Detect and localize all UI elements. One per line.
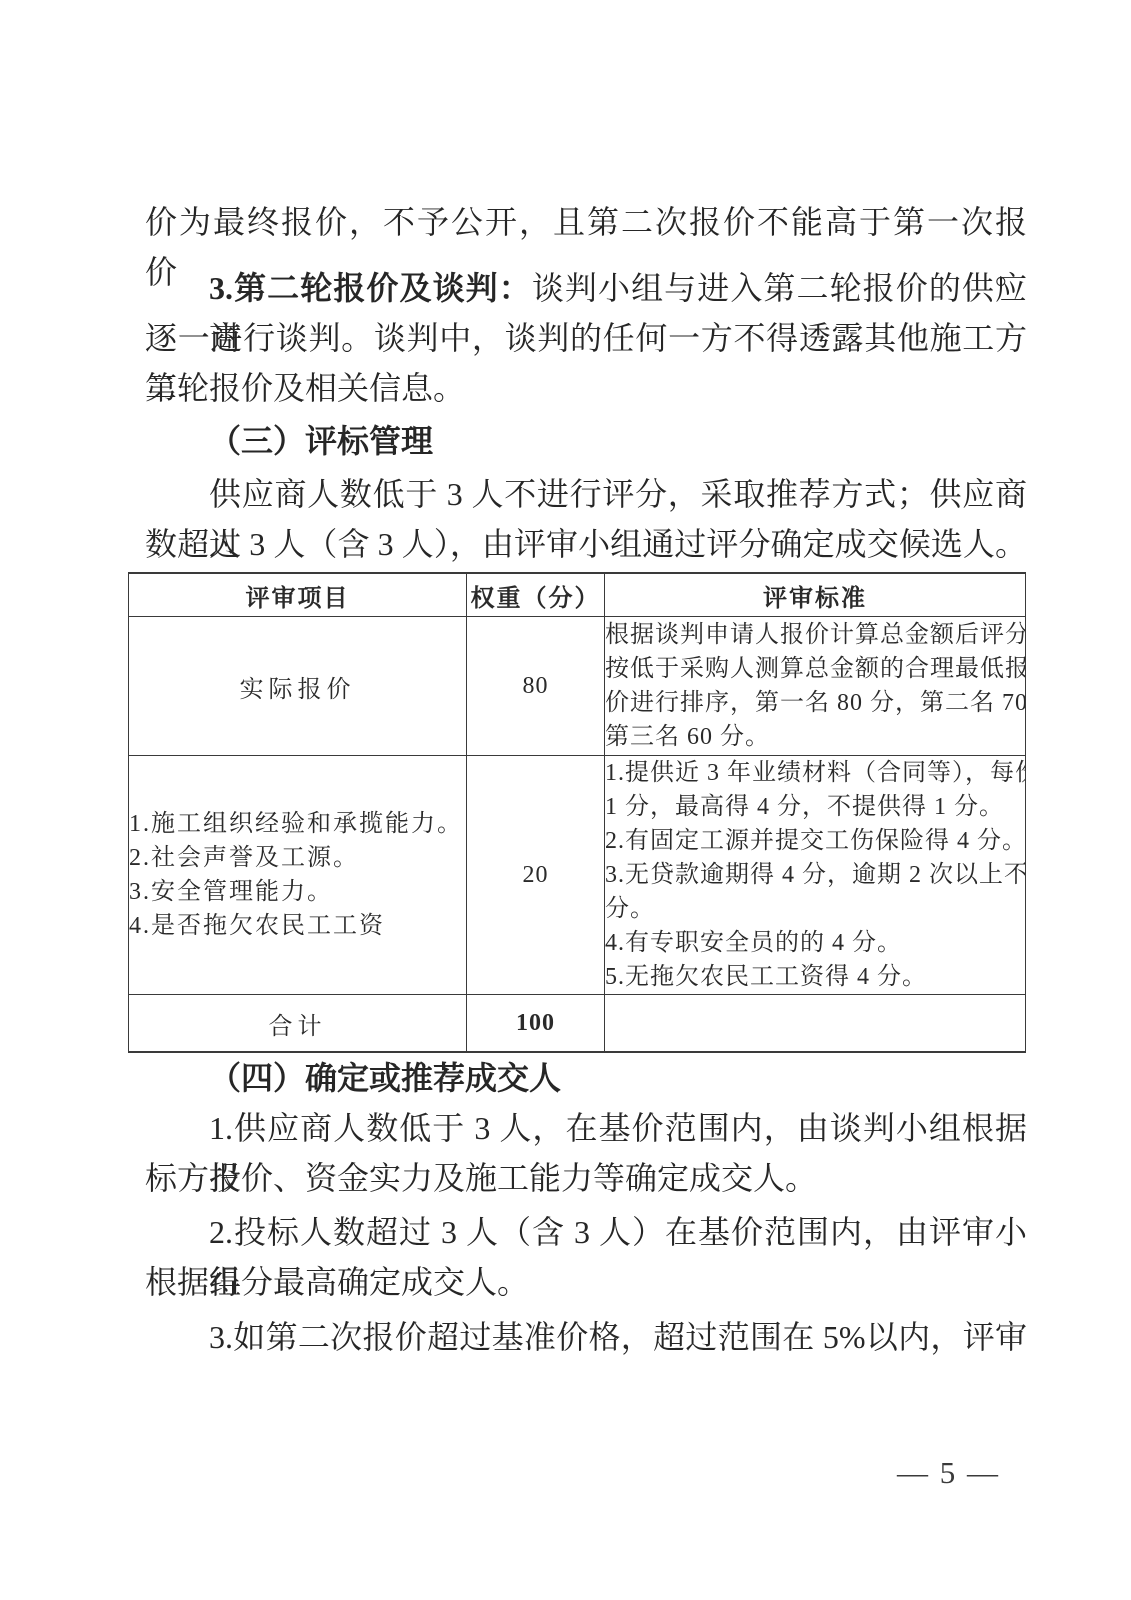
body-line: 二轮报价及相关信息。 bbox=[145, 363, 1027, 413]
table-header-row: 评审项目 权重（分） 评审标准 bbox=[129, 573, 1026, 617]
table-cell-weight: 100 bbox=[467, 995, 605, 1053]
body-line: 标方报价、资金实力及施工能力等确定成交人。 bbox=[145, 1153, 1027, 1203]
document-page: 价为最终报价，不予公开，且第二次报价不能高于第一次报价。 3.第二轮报价及谈判：… bbox=[0, 0, 1131, 1600]
paragraph-bold-lead: 3.第二轮报价及谈判： bbox=[209, 270, 532, 306]
body-line: 价为最终报价，不予公开，且第二次报价不能高于第一次报价。 bbox=[145, 197, 1027, 247]
table-row: 实际报价 80 根据谈判申请人报价计算总金额后评分。 按低于采购人测算总金额的合… bbox=[129, 617, 1026, 756]
body-line: 根据得分最高确定成交人。 bbox=[145, 1257, 1027, 1307]
table-cell-item: 实际报价 bbox=[129, 617, 467, 756]
table-cell-criteria: 1.提供近 3 年业绩材料（合同等），每份 1 分，最高得 4 分，不提供得 1… bbox=[605, 756, 1026, 995]
body-line: 2.投标人数超过 3 人（含 3 人）在基价范围内，由评审小组 bbox=[145, 1207, 1027, 1257]
evaluation-criteria-table: 评审项目 权重（分） 评审标准 实际报价 80 根据谈判申请人报价计算总金额后评… bbox=[128, 572, 1026, 1053]
body-line: 3.第二轮报价及谈判：谈判小组与进入第二轮报价的供应商 bbox=[145, 263, 1027, 313]
page-number: — 5 — bbox=[897, 1455, 1000, 1491]
table-header-criteria: 评审标准 bbox=[605, 573, 1026, 617]
table-cell-criteria bbox=[605, 995, 1026, 1053]
table-row: 1.施工组织经验和承揽能力。 2.社会声誉及工源。 3.安全管理能力。 4.是否… bbox=[129, 756, 1026, 995]
table-cell-item: 1.施工组织经验和承揽能力。 2.社会声誉及工源。 3.安全管理能力。 4.是否… bbox=[129, 756, 467, 995]
table-row-total: 合计 100 bbox=[129, 995, 1026, 1053]
table-cell-item: 合计 bbox=[129, 995, 467, 1053]
section-heading-4: （四）确定或推荐成交人 bbox=[145, 1053, 1027, 1103]
body-line: 1.供应商人数低于 3 人，在基价范围内，由谈判小组根据投 bbox=[145, 1103, 1027, 1153]
body-line: 数超过 3 人（含 3 人），由评审小组通过评分确定成交候选人。 bbox=[145, 519, 1027, 569]
body-line: 逐一进行谈判。谈判中，谈判的任何一方不得透露其他施工方第 bbox=[145, 313, 1027, 363]
body-line: 3.如第二次报价超过基准价格，超过范围在 5%以内，评审 bbox=[145, 1312, 1027, 1362]
table-header-weight: 权重（分） bbox=[467, 573, 605, 617]
table-cell-weight: 80 bbox=[467, 617, 605, 756]
table-cell-criteria: 根据谈判申请人报价计算总金额后评分。 按低于采购人测算总金额的合理最低报 价进行… bbox=[605, 617, 1026, 756]
table-cell-weight: 20 bbox=[467, 756, 605, 995]
section-heading-3: （三）评标管理 bbox=[145, 416, 1027, 466]
table-header-item: 评审项目 bbox=[129, 573, 467, 617]
document-body: 价为最终报价，不予公开，且第二次报价不能高于第一次报价。 3.第二轮报价及谈判：… bbox=[145, 197, 1027, 1362]
body-line: 供应商人数低于 3 人不进行评分，采取推荐方式；供应商人 bbox=[145, 469, 1027, 519]
